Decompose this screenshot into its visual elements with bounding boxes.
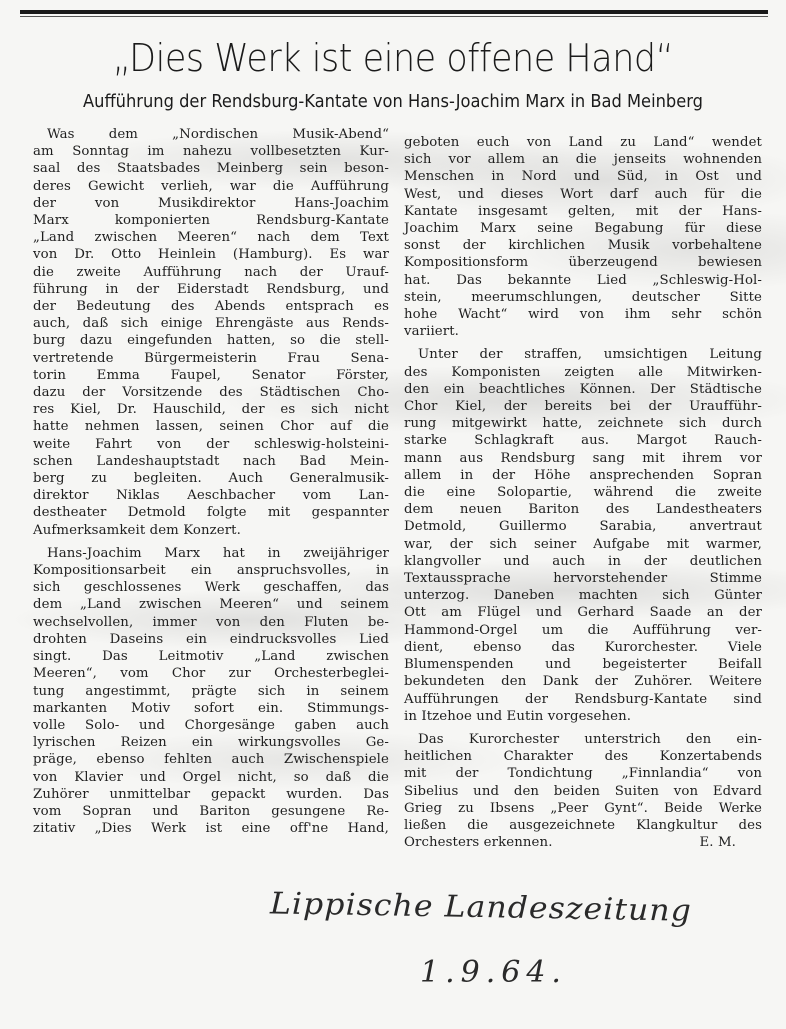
top-rule-thin — [20, 16, 768, 17]
newspaper-clipping: „Dies Werk ist eine offene Hand“ Aufführ… — [0, 0, 786, 1029]
text-line: weite Fahrt von der schleswig-holsteini- — [33, 436, 389, 453]
text-line: West, und dieses Wort darf auch für die — [404, 186, 762, 203]
text-line: variiert. — [404, 323, 762, 340]
text-line: deres Gewicht verlieh, war die Aufführun… — [33, 178, 389, 195]
text-line: destheater Detmold folgte mit gespannter — [33, 504, 389, 521]
text-line: hohe Wacht“ wird von ihm sehr schön — [404, 306, 762, 323]
text-line: Kompositionsform überzeugend bewiesen — [404, 254, 762, 271]
text-line: rung mitgewirkt hatte, zeichnete sich du… — [404, 415, 762, 432]
text-line: tung angestimmt, prägte sich in seinem — [33, 683, 389, 700]
text-line: bekundeten den Dank der Zuhörer. Weitere — [404, 673, 762, 690]
text-line: saal des Staatsbades Meinberg sein beson… — [33, 160, 389, 177]
text-line: vom Sopran und Bariton gesungene Re- — [33, 803, 389, 820]
text-line: Hammond-Orgel um die Aufführung ver- — [404, 622, 762, 639]
text-line: singt. Das Leitmotiv „Land zwischen — [33, 648, 389, 665]
text-line: in Itzehoe und Eutin vorgesehen. — [404, 708, 762, 725]
text-line: Was dem „Nordischen Musik-Abend“ — [33, 126, 389, 143]
text-line: geboten euch von Land zu Land“ wendet — [404, 134, 762, 151]
text-line: „Land zwischen Meeren“ nach dem Text — [33, 229, 389, 246]
text-line: Kompositionsarbeit ein anspruchsvolles, … — [33, 562, 389, 579]
text-line: vertretende Bürgermeisterin Frau Sena- — [33, 350, 389, 367]
text-line: zitativ „Dies Werk ist eine off'ne Hand, — [33, 820, 389, 837]
text-line: markanten Motiv sofort ein. Stimmungs- — [33, 700, 389, 717]
text-line: heitlichen Charakter des Konzertabends — [404, 748, 762, 765]
top-rule — [20, 10, 768, 14]
article-column-left: Was dem „Nordischen Musik-Abend“am Sonnt… — [33, 126, 389, 837]
closing-text: Orchesters erkennen. — [404, 834, 553, 851]
text-line: dazu der Vorsitzende des Städtischen Cho… — [33, 384, 389, 401]
text-line: des Komponisten zeigten alle Mitwirken- — [404, 364, 762, 381]
text-line: mit der Tondichtung „Finnlandia“ von — [404, 765, 762, 782]
text-line: Blumenspenden und begeisterter Beifall — [404, 656, 762, 673]
text-line: sonst der kirchlichen Musik vorbehaltene — [404, 237, 762, 254]
text-line: Kantate insgesamt gelten, mit der Hans- — [404, 203, 762, 220]
text-line: ließen die ausgezeichnete Klangkultur de… — [404, 817, 762, 834]
text-line: präge, ebenso fehlten auch Zwischenspiel… — [33, 751, 389, 768]
text-line: Meeren“, vom Chor zur Orchesterbeglei- — [33, 665, 389, 682]
text-line: res Kiel, Dr. Hauschild, der es sich nic… — [33, 401, 389, 418]
text-line: lyrischen Reizen ein wirkungsvolles Ge- — [33, 734, 389, 751]
text-line: von Klavier und Orgel nicht, so daß die — [33, 769, 389, 786]
text-line: Detmold, Guillermo Sarabia, anvertraut — [404, 518, 762, 535]
text-line: hat. Das bekannte Lied „Schleswig-Hol- — [404, 272, 762, 289]
text-line: dem „Land zwischen Meeren“ und seinem — [33, 596, 389, 613]
text-line: stein, meerumschlungen, deutscher Sitte — [404, 289, 762, 306]
text-line: die zweite Aufführung nach der Urauf- — [33, 264, 389, 281]
headline: „Dies Werk ist eine offene Hand“ — [31, 36, 754, 80]
article-column-right: geboten euch von Land zu Land“ wendetsic… — [404, 134, 762, 851]
text-line: auch, daß sich einige Ehrengäste aus Ren… — [33, 315, 389, 332]
text-line: sich vor allem an die jenseits wohnenden — [404, 151, 762, 168]
text-line: torin Emma Faupel, Senator Förster, — [33, 367, 389, 384]
text-line: Hans-Joachim Marx hat in zweijähriger — [33, 545, 389, 562]
text-line: der von Musikdirektor Hans-Joachim — [33, 195, 389, 212]
text-line: Das Kurorchester unterstrich den ein- — [404, 731, 762, 748]
text-line: Chor Kiel, der bereits bei der Uraufführ… — [404, 398, 762, 415]
text-line: burg dazu eingefunden hatten, so die ste… — [33, 332, 389, 349]
subheadline: Aufführung der Rendsburg-Kantate von Han… — [28, 92, 759, 112]
text-line: der Bedeutung des Abends entsprach es — [33, 298, 389, 315]
text-line: Textaussprache hervorstehender Stimme — [404, 570, 762, 587]
text-line: starke Schlagkraft aus. Margot Rauch- — [404, 432, 762, 449]
text-line: wechselvollen, immer von den Fluten be- — [33, 614, 389, 631]
text-line: den ein beachtliches Können. Der Städtis… — [404, 381, 762, 398]
text-line: volle Solo- und Chorgesänge gaben auch — [33, 717, 389, 734]
text-line: hatte nehmen lassen, seinen Chor auf die — [33, 418, 389, 435]
handwritten-source-note: Lippische Landeszeitung — [270, 886, 693, 928]
text-line: sich geschlossenes Werk geschaffen, das — [33, 579, 389, 596]
text-line: Grieg zu Ibsens „Peer Gynt“. Beide Werke — [404, 800, 762, 817]
closing-line: Orchesters erkennen. E. M. — [404, 834, 762, 851]
text-line: Aufführungen der Rendsburg-Kantate sind — [404, 691, 762, 708]
text-line: Zuhörer unmittelbar gepackt wurden. Das — [33, 786, 389, 803]
text-line: Unter der straffen, umsichtigen Leitung — [404, 346, 762, 363]
text-line: berg zu begleiten. Auch Generalmusik- — [33, 470, 389, 487]
text-line: war, der sich seiner Aufgabe mit warmer, — [404, 536, 762, 553]
text-line: Menschen in Nord und Süd, in Ost und — [404, 168, 762, 185]
text-line: klangvoller und auch in der deutlichen — [404, 553, 762, 570]
text-line: direktor Niklas Aeschbacher vom Lan- — [33, 487, 389, 504]
text-line: allem in der Höhe ansprechenden Sopran — [404, 467, 762, 484]
text-line: dient, ebenso das Kurorchester. Viele — [404, 639, 762, 656]
text-line: Aufmerksamkeit dem Konzert. — [33, 522, 389, 539]
author-initials: E. M. — [699, 834, 762, 851]
text-line: führung in der Eiderstadt Rendsburg, und — [33, 281, 389, 298]
text-line: von Dr. Otto Heinlein (Hamburg). Es war — [33, 246, 389, 263]
text-line: unterzog. Daneben machten sich Günter — [404, 587, 762, 604]
handwritten-date: 1.9.64. — [420, 955, 567, 990]
text-line: schen Landeshauptstadt nach Bad Mein- — [33, 453, 389, 470]
text-line: am Sonntag im nahezu vollbesetzten Kur- — [33, 143, 389, 160]
text-line: dem neuen Bariton des Landestheaters — [404, 501, 762, 518]
text-line: die eine Solopartie, während die zweite — [404, 484, 762, 501]
text-line: Ott am Flügel und Gerhard Saade an der — [404, 604, 762, 621]
text-line: mann aus Rendsburg sang mit ihrem vor — [404, 450, 762, 467]
text-line: Sibelius und den beiden Suiten von Edvar… — [404, 783, 762, 800]
text-line: drohten Daseins ein eindrucksvolles Lied — [33, 631, 389, 648]
text-line: Joachim Marx seine Begabung für diese — [404, 220, 762, 237]
text-line: Marx komponierten Rendsburg-Kantate — [33, 212, 389, 229]
